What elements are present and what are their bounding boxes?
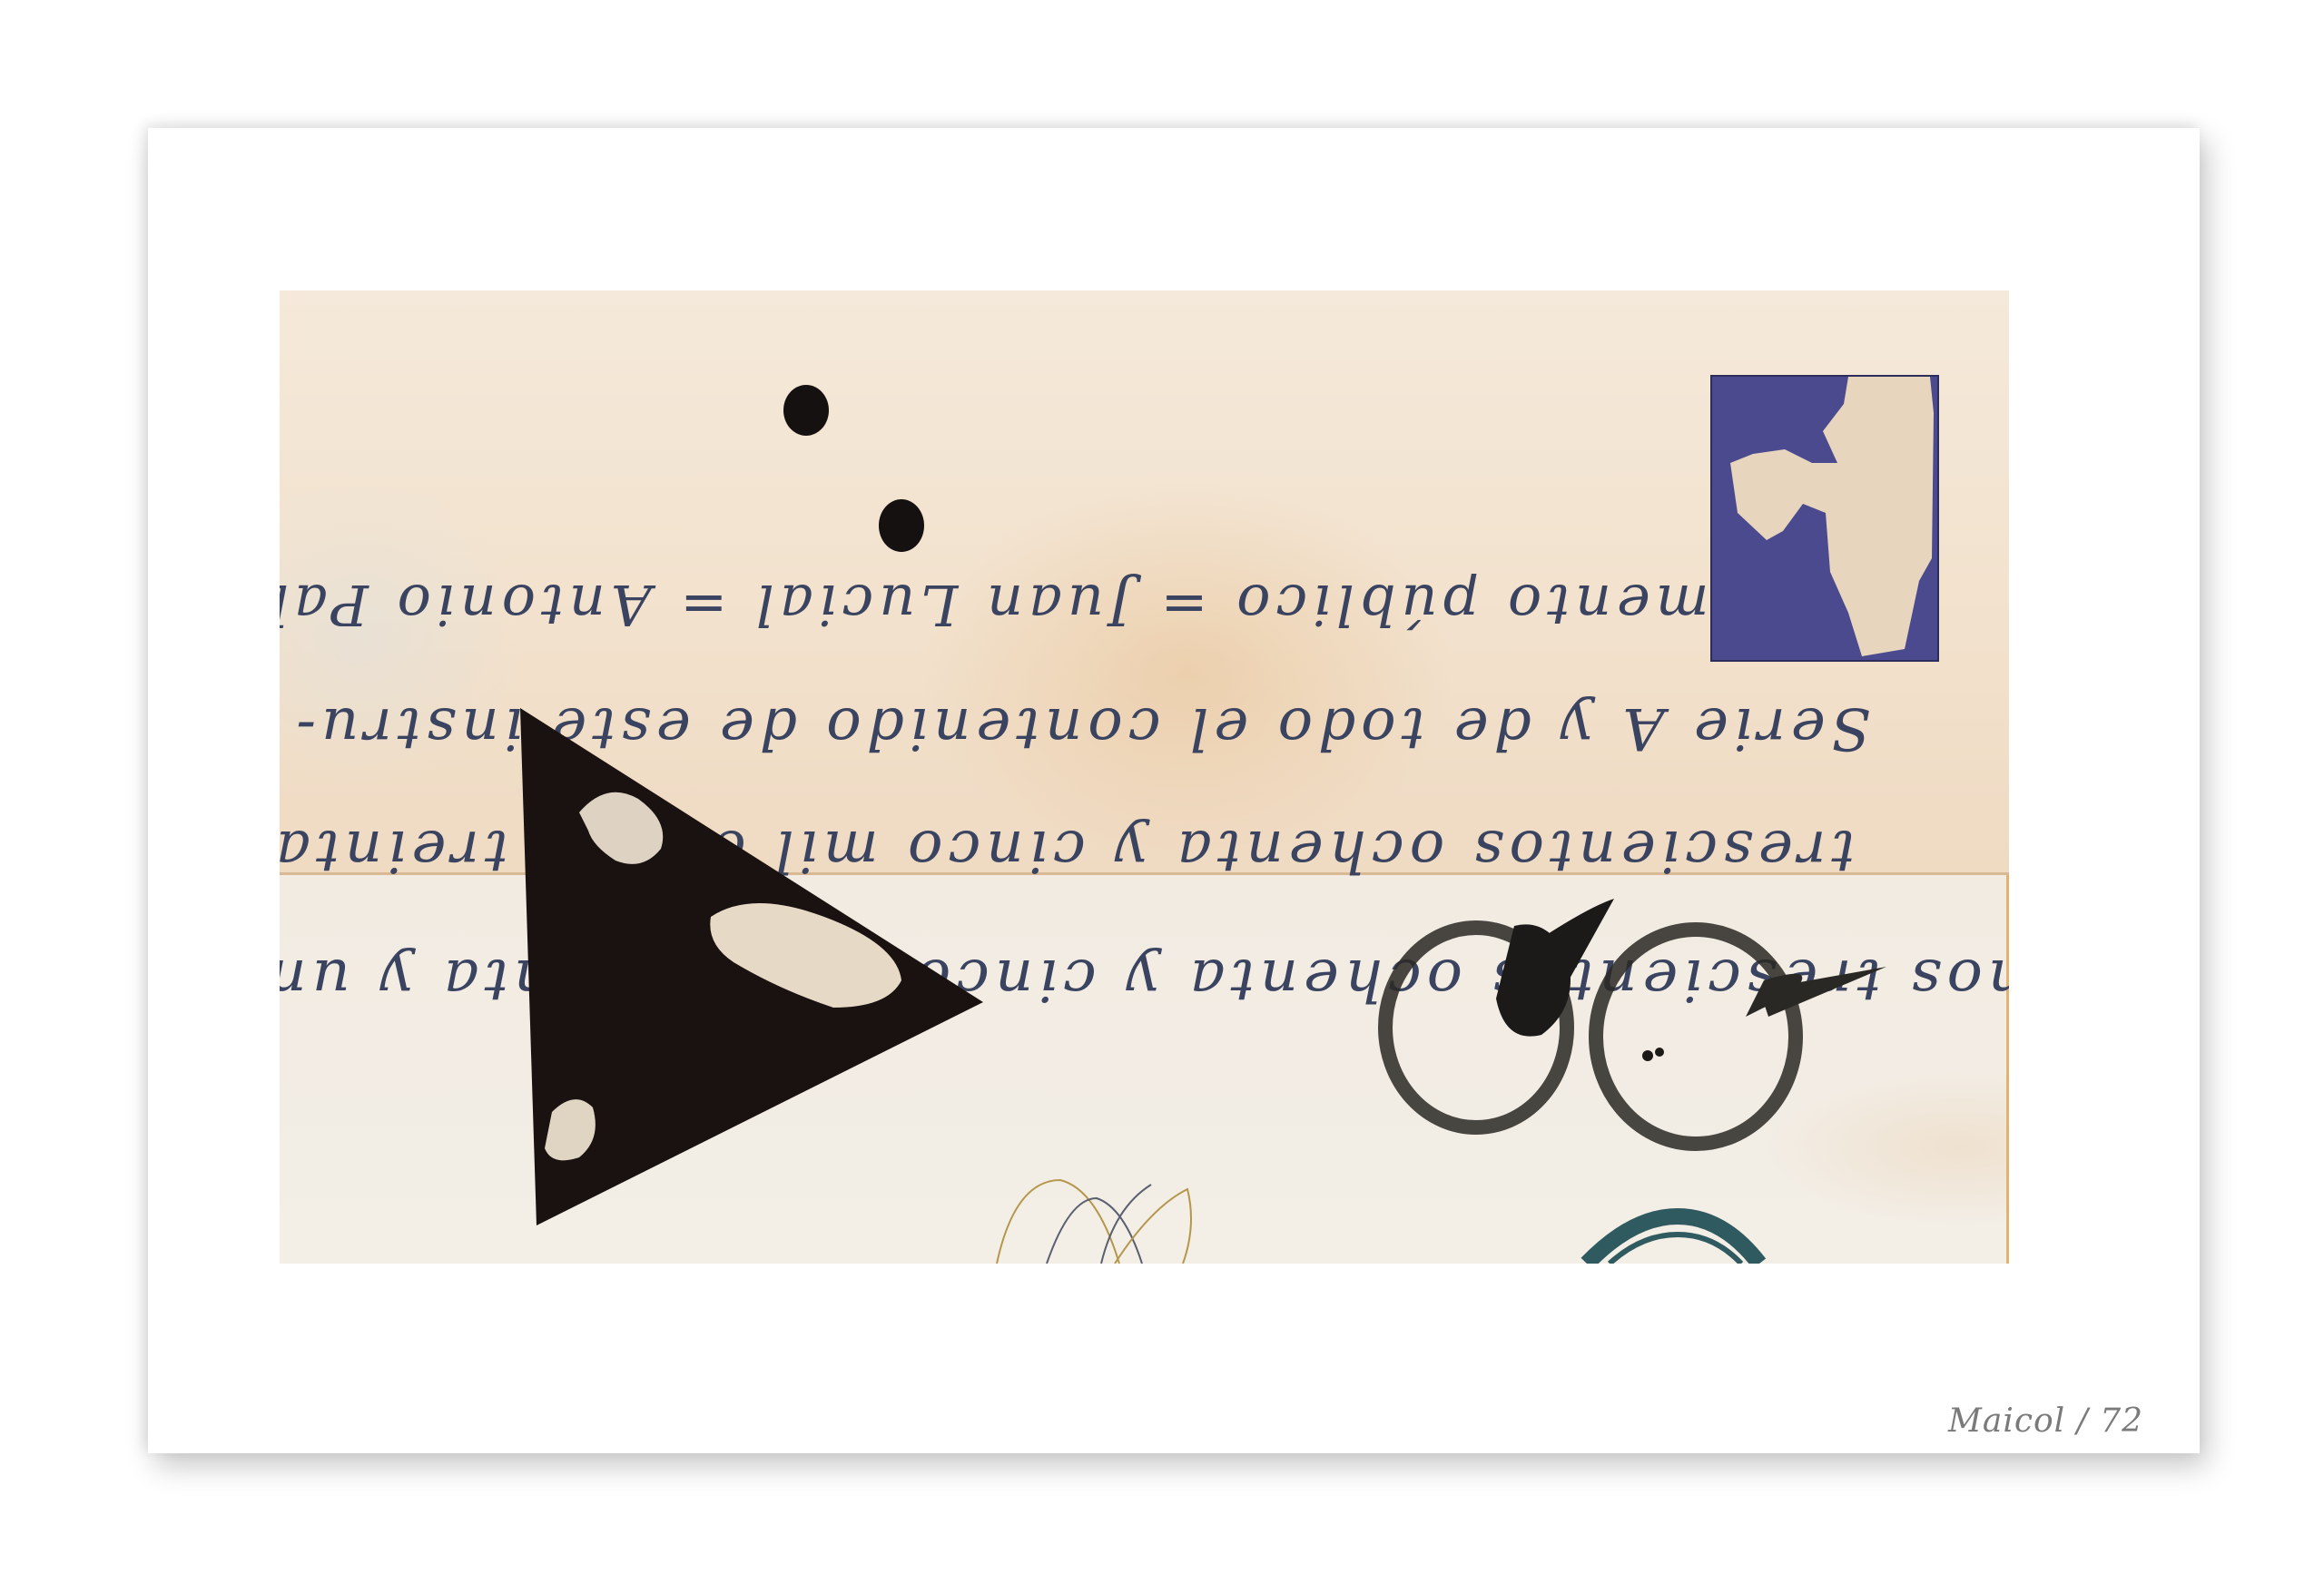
artist-signature: Maicol / 72 (1948, 1402, 2143, 1440)
ink-elements (280, 290, 2009, 1264)
collage-artwork: mento público = Juan Lucial = Antonio Pa… (280, 290, 2009, 1264)
